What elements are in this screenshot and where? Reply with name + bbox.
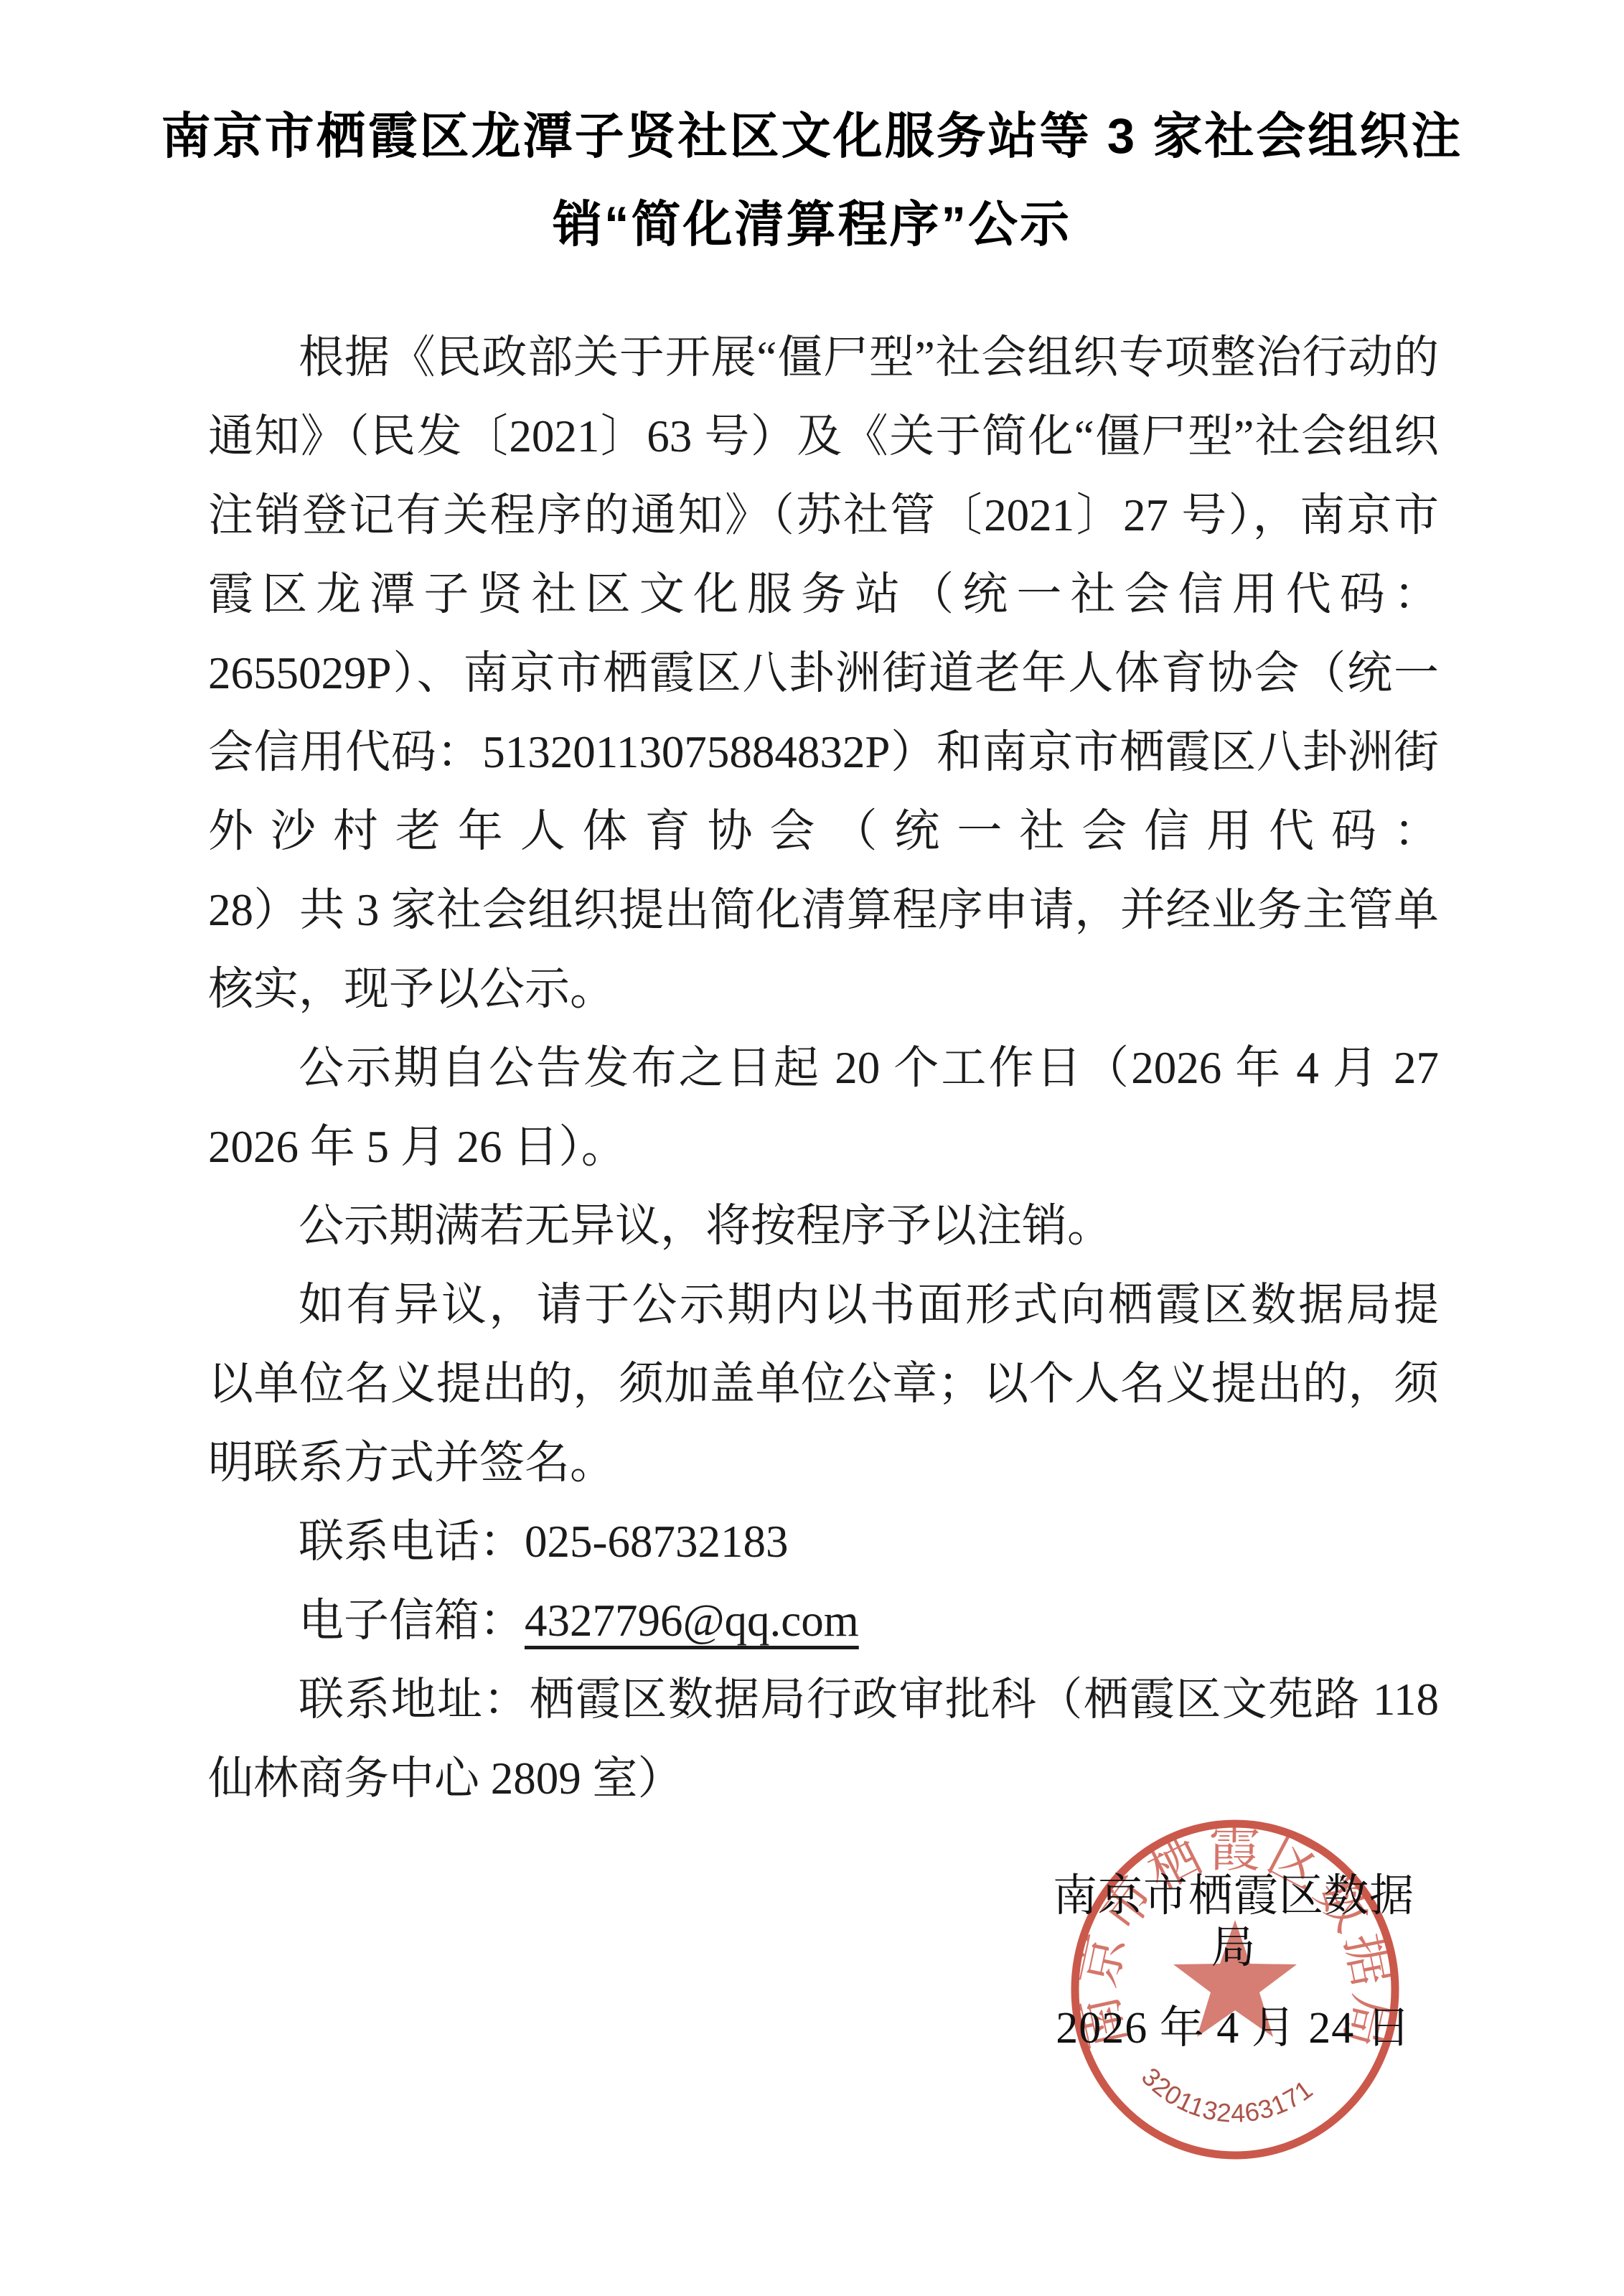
body-line: 联系电话：025-68732183 [208, 1502, 1439, 1581]
body-line: 通知》（民发〔2021〕63 号）及《关于简化“僵尸型”社会组织 [208, 397, 1439, 476]
body-line: 如有异议，请于公示期内以书面形式向栖霞区数据局提出。 [208, 1265, 1439, 1344]
body-line: 电子信箱：4327796@qq.com [208, 1581, 1439, 1660]
document-page: 南京市栖霞区龙潭子贤社区文化服务站等 3 家社会组织注 销“简化清算程序”公示 … [0, 0, 1624, 2296]
body-line: 仙林商务中心 2809 室） [208, 1739, 1439, 1818]
body-line: 联系地址：栖霞区数据局行政审批科（栖霞区文苑路 118 号 [208, 1660, 1439, 1739]
body-line: 公示期满若无异议，将按程序予以注销。 [208, 1186, 1439, 1265]
email-address: 4327796@qq.com [525, 1596, 859, 1646]
body-line: 2655029P）、南京市栖霞区八卦洲街道老年人体育协会（统一社 [208, 634, 1439, 713]
body-line: 2026 年 5 月 26 日）。 [208, 1107, 1439, 1186]
document-title-line2: 销“简化清算程序”公示 [0, 180, 1624, 268]
seal-number: 3201132463171 [1136, 2062, 1318, 2128]
body-line: 公示期自公告发布之日起 20 个工作日（2026 年 4 月 27 日至 [208, 1028, 1439, 1107]
body-line: 外沙村老年人体育协会（统一社会信用代码：5132011307588395 [208, 792, 1439, 871]
line-text: 电子信箱： [299, 1596, 525, 1646]
body-line: 以单位名义提出的，须加盖单位公章；以个人名义提出的，须写 [208, 1344, 1439, 1423]
body-content: 根据《民政部关于开展“僵尸型”社会组织专项整治行动的通知》（民发〔2021〕63… [208, 318, 1439, 1818]
body-line: 核实，现予以公示。 [208, 950, 1439, 1028]
document-title: 南京市栖霞区龙潭子贤社区文化服务站等 3 家社会组织注 销“简化清算程序”公示 [0, 92, 1624, 268]
body-line: 会信用代码：51320113075884832P）和南京市栖霞区八卦洲街道 [208, 713, 1439, 792]
body-line: 根据《民政部关于开展“僵尸型”社会组织专项整治行动的 [208, 318, 1439, 397]
signature-organization: 南京市栖霞区数据局 [1034, 1870, 1433, 1974]
signature-block: 南京市栖霞区数据局 2026 年 4 月 24 日 [1034, 1870, 1433, 2054]
body-line: 霞区龙潭子贤社区文化服务站（统一社会信用代码：5232011330 [208, 555, 1439, 634]
body-line: 28）共 3 家社会组织提出简化清算程序申请，并经业务主管单位 [208, 871, 1439, 950]
signature-date: 2026 年 4 月 24 日 [1034, 2002, 1433, 2054]
document-title-line1: 南京市栖霞区龙潭子贤社区文化服务站等 3 家社会组织注 [0, 92, 1624, 180]
body-line: 明联系方式并签名。 [208, 1423, 1439, 1502]
svg-text:3201132463171: 3201132463171 [1136, 2062, 1318, 2128]
body-line: 注销登记有关程序的通知》（苏社管〔2021〕27 号），南京市栖 [208, 476, 1439, 555]
